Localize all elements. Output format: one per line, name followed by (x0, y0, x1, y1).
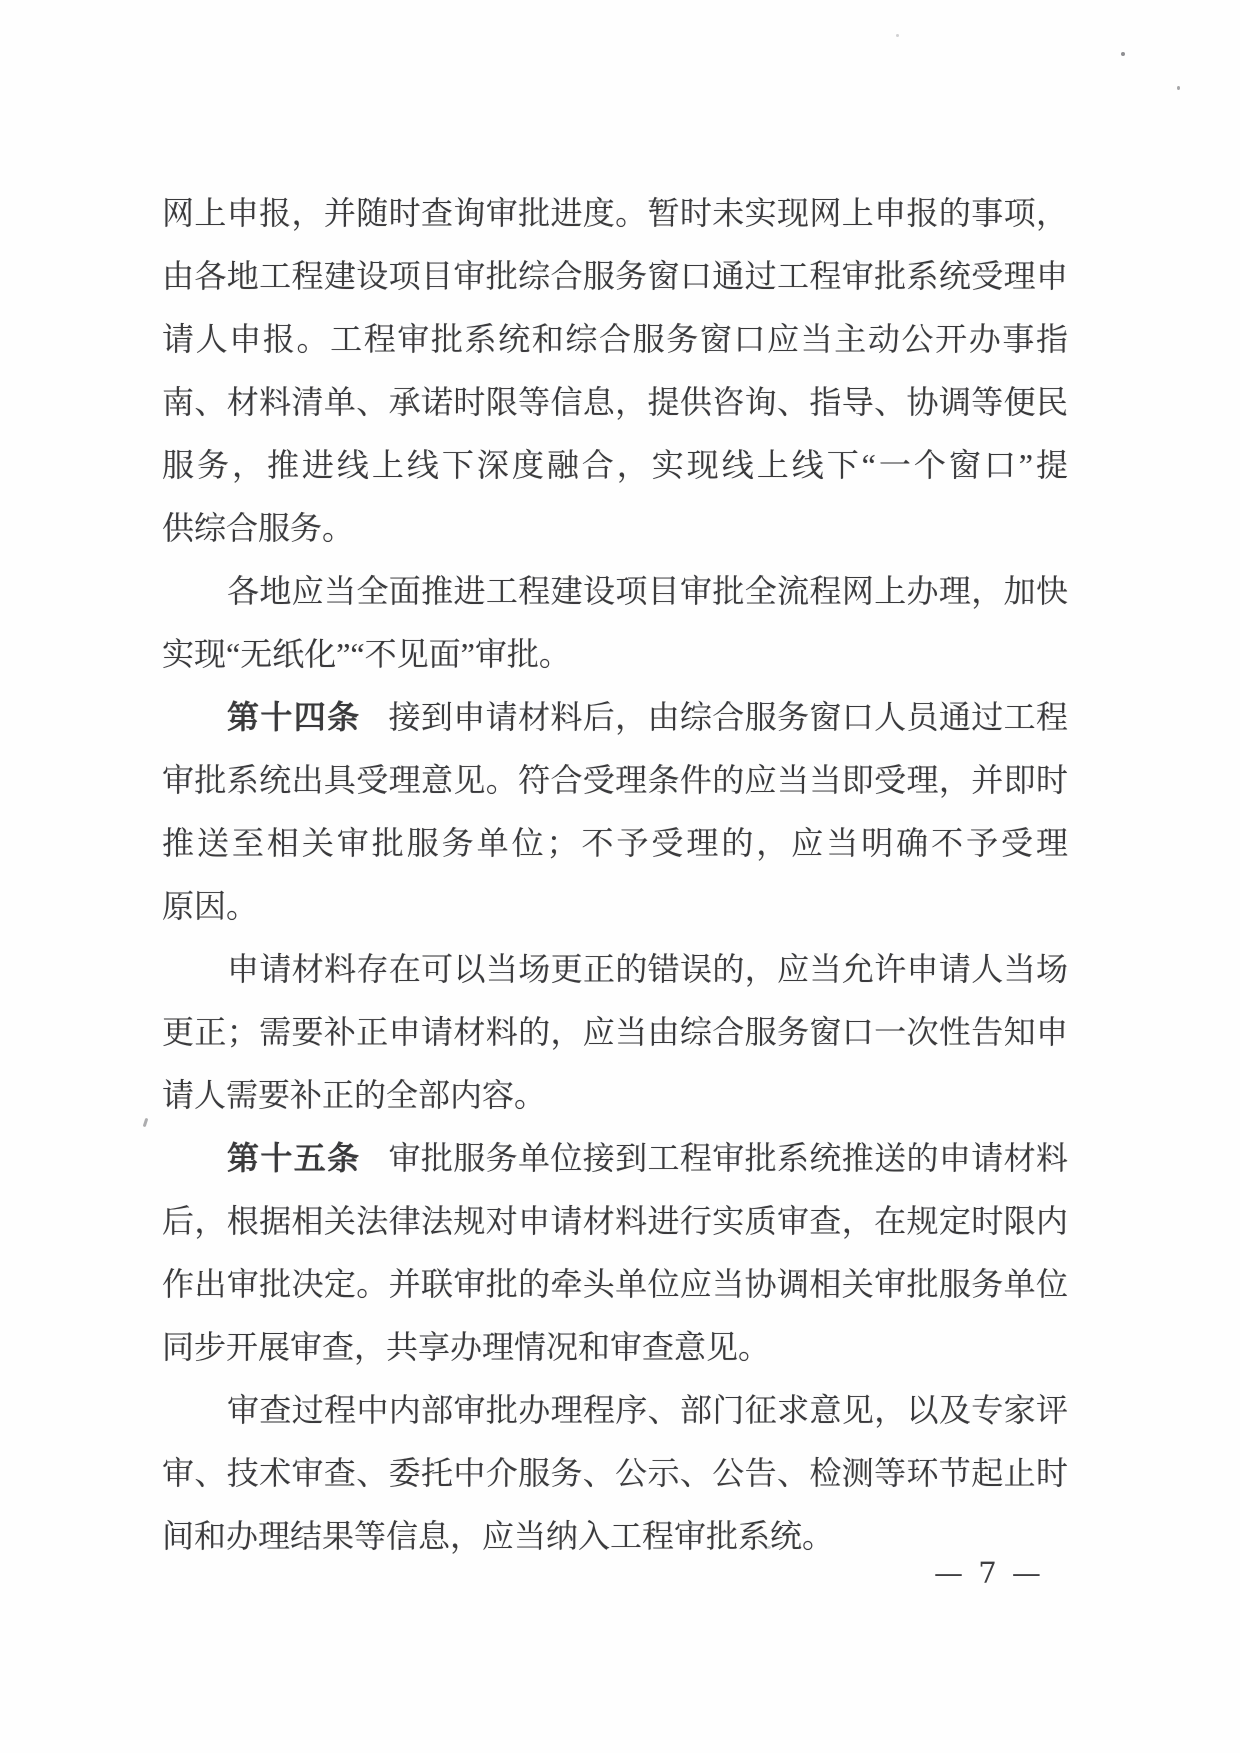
scan-speck (1177, 86, 1180, 90)
text-line: 由各地工程建设项目审批综合服务窗口通过工程审批系统受理申 (162, 245, 1068, 308)
text-line: 申请材料存在可以当场更正的错误的，应当允许申请人当场 (162, 938, 1068, 1001)
text-line: 网上申报，并随时查询审批进度。暂时未实现网上申报的事项， (162, 182, 1068, 245)
text-line: 实现“无纸化”“不见面”审批。 (162, 623, 1068, 686)
scan-speck (143, 1118, 149, 1127)
document-page: 网上申报，并随时查询审批进度。暂时未实现网上申报的事项， 由各地工程建设项目审批… (0, 0, 1240, 1753)
article-15-text: 审批服务单位接到工程审批系统推送的申请材料 (389, 1140, 1068, 1176)
text-line: 同步开展审查，共享办理情况和审查意见。 (162, 1316, 1068, 1379)
text-line: 南、材料清单、承诺时限等信息，提供咨询、指导、协调等便民 (162, 371, 1068, 434)
text-line: 推送至相关审批服务单位；不予受理的，应当明确不予受理 (162, 812, 1068, 875)
page-number: — 7 — (934, 1556, 1064, 1590)
article-15-number: 第十五条 (227, 1140, 361, 1176)
text-line: 审批系统出具受理意见。符合受理条件的应当当即受理，并即时 (162, 749, 1068, 812)
text-line: 服务，推进线上线下深度融合，实现线上线下“一个窗口”提 (162, 434, 1068, 497)
document-text: 网上申报，并随时查询审批进度。暂时未实现网上申报的事项， 由各地工程建设项目审批… (162, 182, 1068, 1568)
scan-speck (1121, 52, 1125, 56)
text-line: 间和办理结果等信息，应当纳入工程审批系统。 (162, 1505, 1068, 1568)
text-line: 请人申报。工程审批系统和综合服务窗口应当主动公开办事指 (162, 308, 1068, 371)
text-line: 更正；需要补正申请材料的，应当由综合服务窗口一次性告知申 (162, 1001, 1068, 1064)
text-line: 后，根据相关法律法规对申请材料进行实质审查，在规定时限内 (162, 1190, 1068, 1253)
text-line: 请人需要补正的全部内容。 (162, 1064, 1068, 1127)
scan-speck (896, 34, 899, 37)
text-line: 各地应当全面推进工程建设项目审批全流程网上办理，加快 (162, 560, 1068, 623)
text-line: 作出审批决定。并联审批的牵头单位应当协调相关审批服务单位 (162, 1253, 1068, 1316)
text-line: 原因。 (162, 875, 1068, 938)
text-line: 供综合服务。 (162, 497, 1068, 560)
text-line: 审、技术审查、委托中介服务、公示、公告、检测等环节起止时 (162, 1442, 1068, 1505)
text-line-article-15: 第十五条审批服务单位接到工程审批系统推送的申请材料 (162, 1127, 1068, 1190)
text-line: 审查过程中内部审批办理程序、部门征求意见，以及专家评 (162, 1379, 1068, 1442)
article-14-text: 接到申请材料后，由综合服务窗口人员通过工程 (389, 699, 1068, 735)
article-14-number: 第十四条 (227, 699, 361, 735)
text-line-article-14: 第十四条接到申请材料后，由综合服务窗口人员通过工程 (162, 686, 1068, 749)
scan-speck (766, 1546, 771, 1549)
